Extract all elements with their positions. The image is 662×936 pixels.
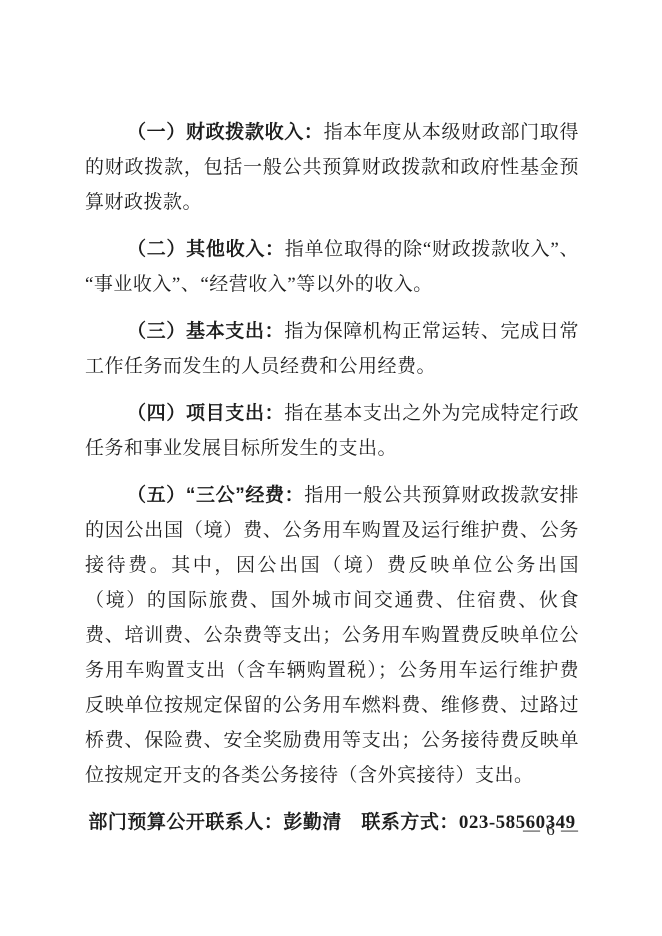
paragraph-heading: （一）财政拨款收入： (127, 122, 324, 143)
paragraph-heading: （三）基本支出： (127, 321, 284, 342)
document-page: （一）财政拨款收入：指本年度从本级财政部门取得的财政拨款，包括一般公共预算财政拨… (0, 0, 662, 936)
definition-paragraph-5: （五）“三公”经费：指用一般公共预算财政拨款安排的因公出国（境）费、公务用车购置… (85, 478, 579, 793)
document-body: （一）财政拨款收入：指本年度从本级财政部门取得的财政拨款，包括一般公共预算财政拨… (85, 115, 579, 840)
definition-paragraph-3: （三）基本支出：指为保障机构正常运转、完成日常工作任务而发生的人员经费和公用经费… (85, 314, 579, 384)
page-number: — 6 — (85, 820, 579, 840)
definition-paragraph-1: （一）财政拨款收入：指本年度从本级财政部门取得的财政拨款，包括一般公共预算财政拨… (85, 115, 579, 220)
paragraph-heading: （五）“三公”经费： (127, 485, 304, 506)
paragraph-heading: （四）项目支出： (127, 403, 284, 424)
definition-paragraph-2: （二）其他收入：指单位取得的除“财政拨款收入”、“事业收入”、“经营收入”等以外… (85, 232, 579, 302)
definition-paragraph-4: （四）项目支出：指在基本支出之外为完成特定行政任务和事业发展目标所发生的支出。 (85, 396, 579, 466)
paragraph-heading: （二）其他收入： (127, 239, 285, 260)
paragraph-body: 指用一般公共预算财政拨款安排的因公出国（境）费、公务用车购置及运行维护费、公务接… (85, 485, 579, 786)
